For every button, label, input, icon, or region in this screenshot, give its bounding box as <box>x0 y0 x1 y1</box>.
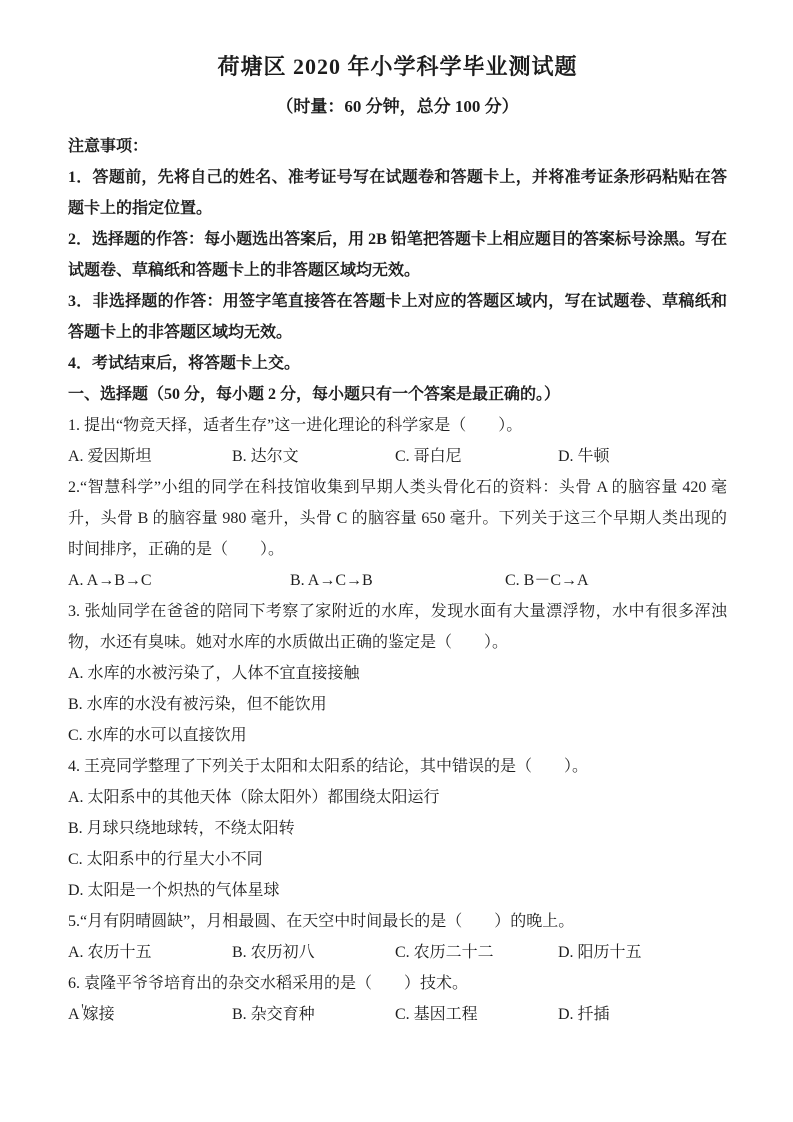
option-item: D. 阳历十五 <box>558 937 727 968</box>
question-text-3: 3. 张灿同学在爸爸的陪同下考察了家附近的水库，发现水面有大量漂浮物，水中有很多… <box>68 596 727 658</box>
option-item: D. 扦插 <box>558 999 727 1030</box>
option-item: A 嫁接 <box>68 999 232 1030</box>
question-1-options: A. 爱因斯坦 B. 达尔文 C. 哥白尼 D. 牛顿 <box>68 441 727 472</box>
option-item: B. 月球只绕地球转，不绕太阳转 <box>68 813 727 844</box>
question-text-6: 6. 袁隆平爷爷培育出的杂交水稻采用的是（ ）技术。 <box>68 968 727 999</box>
option-item: B. 杂交育种 <box>232 999 395 1030</box>
option-item: C. 水库的水可以直接饮用 <box>68 720 727 751</box>
option-item: B. 水库的水没有被污染，但不能饮用 <box>68 689 727 720</box>
instruction-item-2: 2．选择题的作答：每小题选出答案后，用 2B 铅笔把答题卡上相应题目的答案标号涂… <box>68 224 727 286</box>
option-item: C. 哥白尼 <box>395 441 558 472</box>
option-item: A. 农历十五 <box>68 937 232 968</box>
option-item: D. 太阳是一个炽热的气体星球 <box>68 875 727 906</box>
option-item: A. 太阳系中的其他天体（除太阳外）都围绕太阳运行 <box>68 782 727 813</box>
exam-title: 荷塘区 2020 年小学科学毕业测试题 <box>68 52 727 82</box>
option-item: B. 农历初八 <box>232 937 395 968</box>
instruction-item-1: 1．答题前，先将自己的姓名、准考证号写在试题卷和答题卡上，并将准考证条形码粘贴在… <box>68 162 727 224</box>
instruction-item-3: 3．非选择题的作答：用签字笔直接答在答题卡上对应的答题区域内，写在试题卷、草稿纸… <box>68 286 727 348</box>
question-2-options: A. A→B→C B. A→C→B C. B－C→A <box>68 565 727 596</box>
scan-artifact-mark: ＇ <box>76 1000 89 1019</box>
instruction-item-4: 4．考试结束后，将答题卡上交。 <box>68 348 727 379</box>
option-item: B. A→C→B <box>290 565 505 596</box>
option-item: A. 水库的水被污染了，人体不宜直接接触 <box>68 658 727 689</box>
option-item: C. 太阳系中的行星大小不同 <box>68 844 727 875</box>
option-item: C. B－C→A <box>505 565 727 596</box>
exam-info: （时量：60 分钟，总分 100 分） <box>68 95 727 119</box>
option-item: B. 达尔文 <box>232 441 395 472</box>
section-heading: 一、选择题（50 分，每小题 2 分，每小题只有一个答案是最正确的。） <box>68 379 727 410</box>
option-item: A. A→B→C <box>68 565 290 596</box>
option-item: C. 基因工程 <box>395 999 558 1030</box>
question-5-options: A. 农历十五 B. 农历初八 C. 农历二十二 D. 阳历十五 <box>68 937 727 968</box>
question-text-5: 5.“月有阴晴圆缺”，月相最圆、在天空中时间最长的是（ ）的晚上。 <box>68 906 727 937</box>
question-text-2: 2.“智慧科学”小组的同学在科技馆收集到早期人类头骨化石的资料：头骨 A 的脑容… <box>68 472 727 565</box>
question-text-4: 4. 王亮同学整理了下列关于太阳和太阳系的结论，其中错误的是（ ）。 <box>68 751 727 782</box>
question-6-options: A 嫁接 B. 杂交育种 C. 基因工程 D. 扦插 <box>68 999 727 1030</box>
notice-heading: 注意事项： <box>68 131 727 162</box>
option-item: D. 牛顿 <box>558 441 727 472</box>
question-text-1: 1. 提出“物竞天择，适者生存”这一进化理论的科学家是（ ）。 <box>68 410 727 441</box>
option-item: A. 爱因斯坦 <box>68 441 232 472</box>
option-item: C. 农历二十二 <box>395 937 558 968</box>
exam-page: 荷塘区 2020 年小学科学毕业测试题 （时量：60 分钟，总分 100 分） … <box>0 0 793 1030</box>
